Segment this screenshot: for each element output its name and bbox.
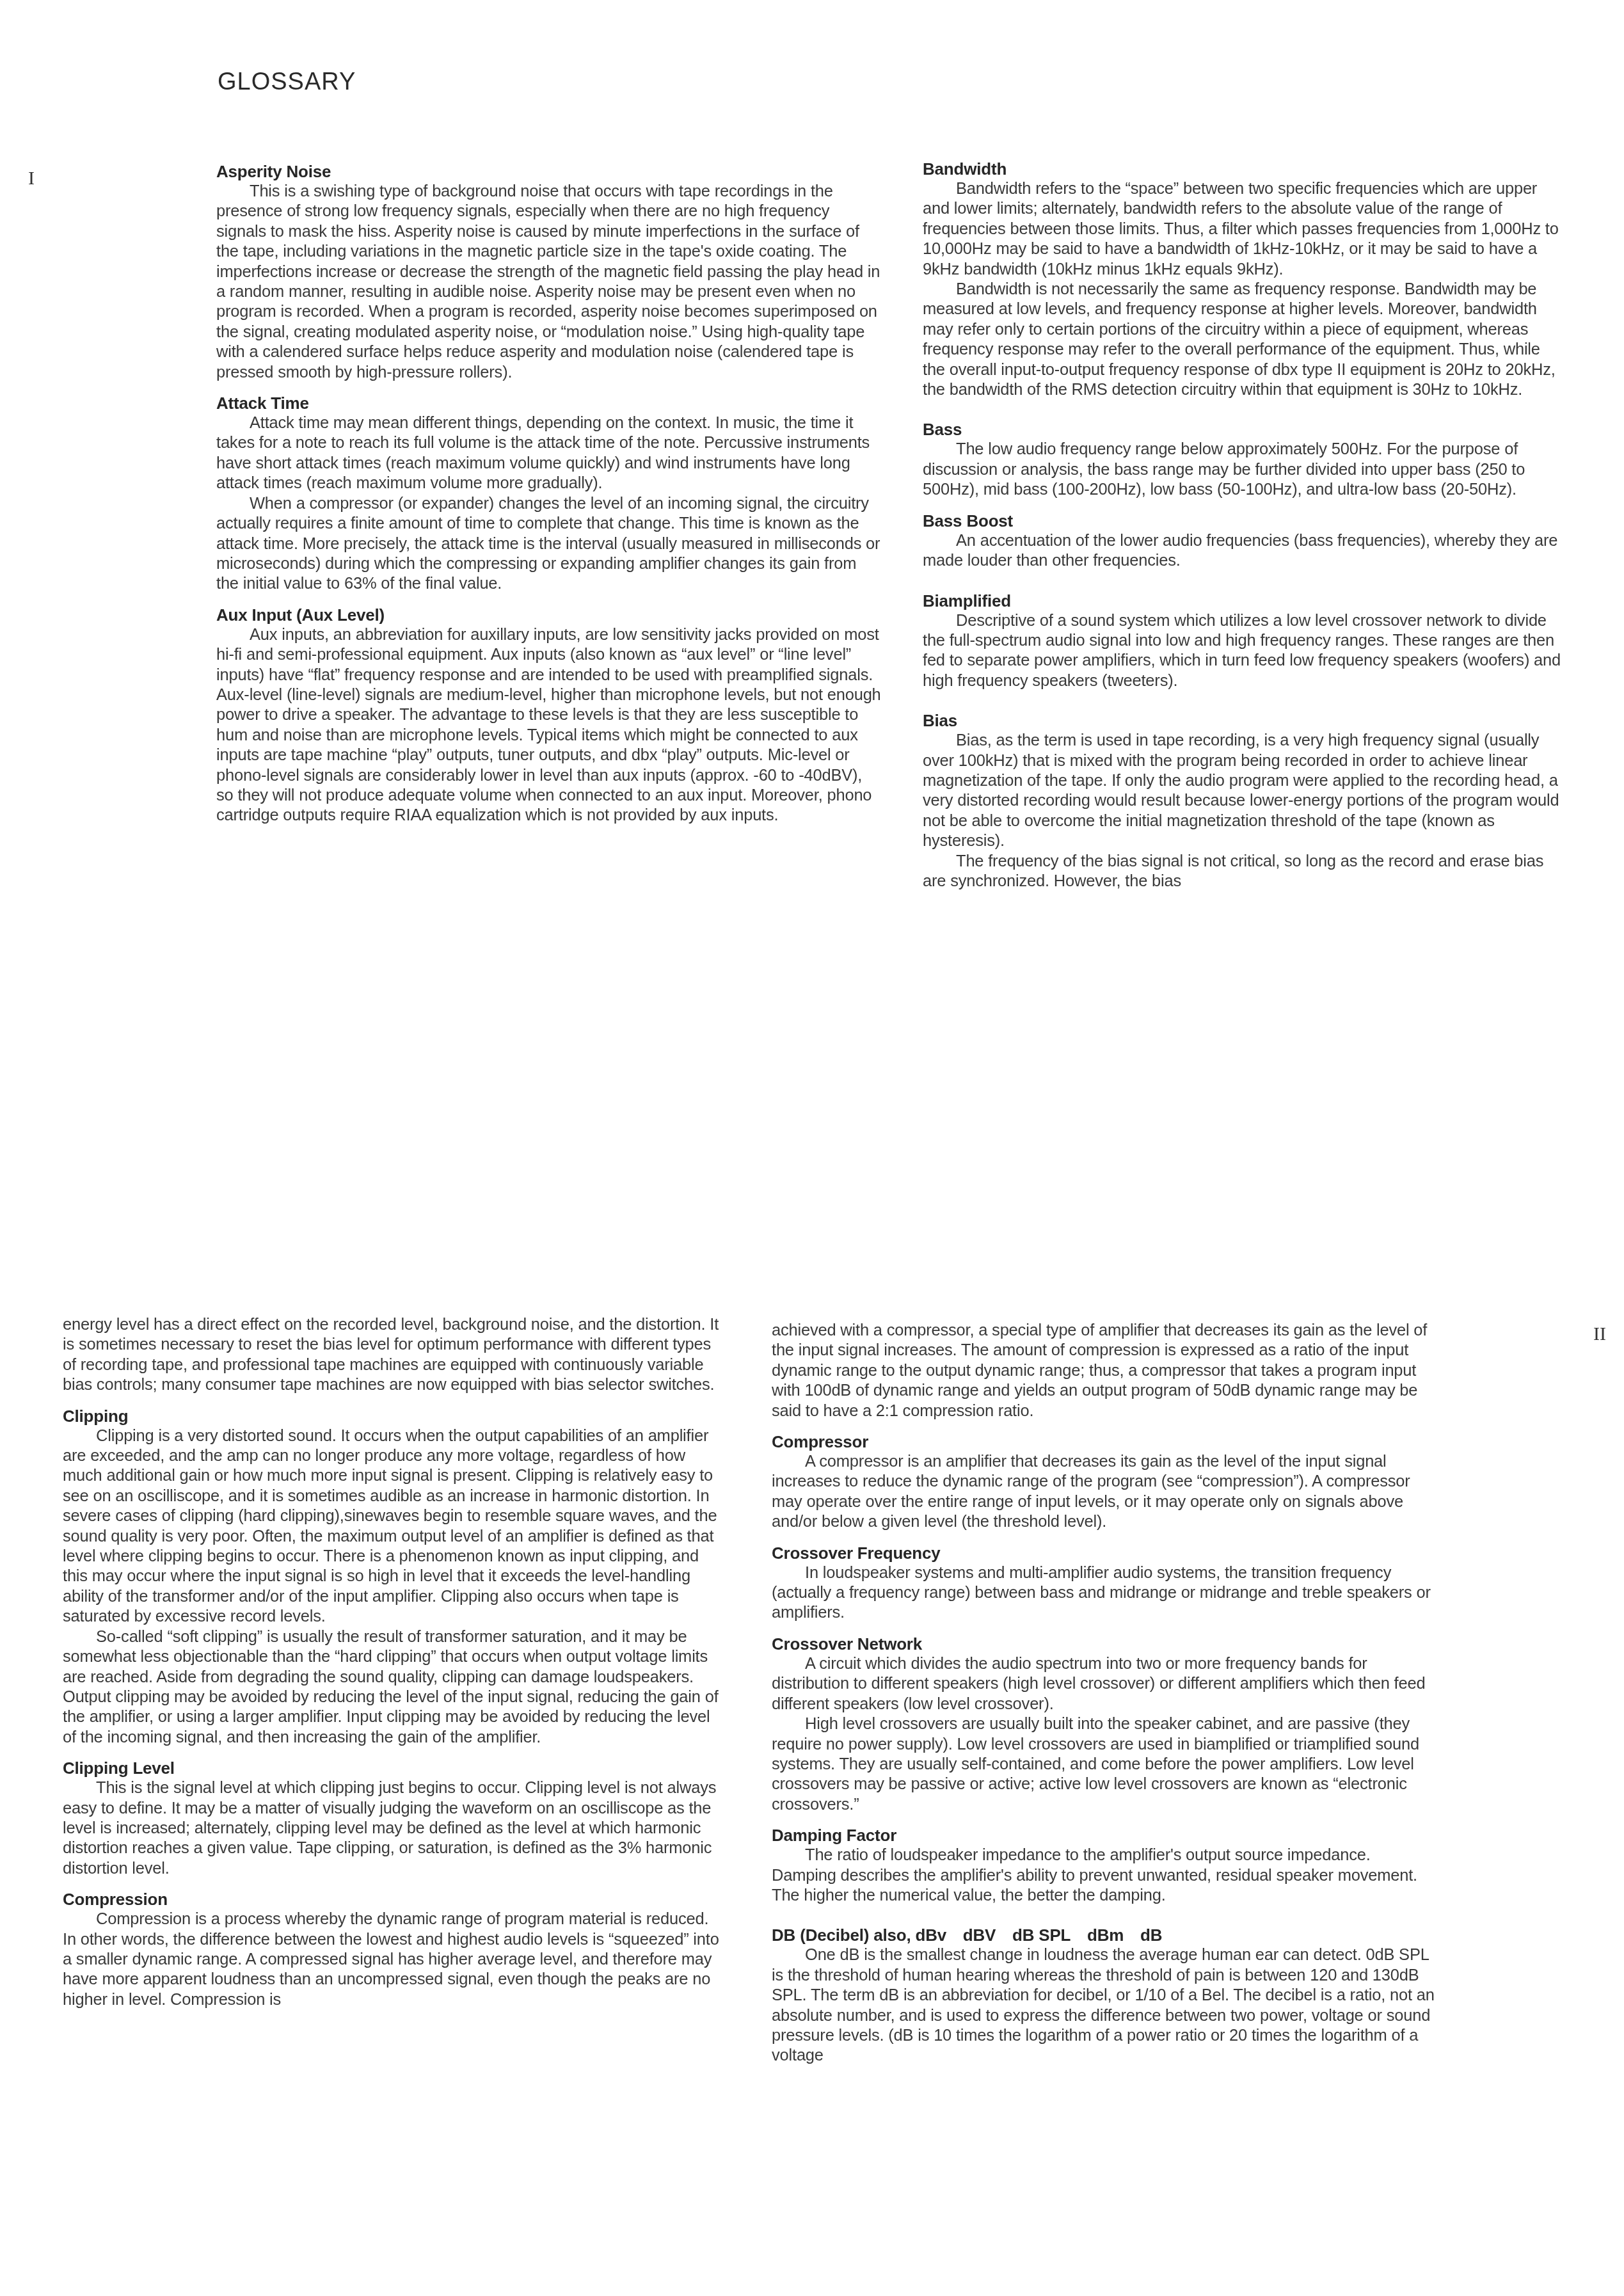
column-top-left: Asperity Noise This is a swishing type o… — [216, 161, 882, 836]
glossary-entry-attack-time: Attack Time Attack time may mean differe… — [216, 393, 882, 594]
definition-paragraph: This is the signal level at which clippi… — [63, 1778, 722, 1879]
glossary-entry-crossover-frequency: Crossover Frequency In loudspeaker syste… — [772, 1543, 1437, 1623]
glossary-entry-damping-factor: Damping Factor The ratio of loudspeaker … — [772, 1825, 1437, 1906]
glossary-entry-clipping-level: Clipping Level This is the signal level … — [63, 1758, 722, 1879]
glossary-entry-decibel: DB (Decibel) also, dBv dBV dB SPL dBm dB… — [772, 1925, 1437, 2066]
glossary-entry-bias: Bias Bias, as the term is used in tape r… — [923, 710, 1563, 891]
definition-paragraph: In loudspeaker systems and multi-amplifi… — [772, 1563, 1437, 1623]
glossary-entry-compression: Compression Compression is a process whe… — [63, 1889, 722, 2010]
term-heading: Compression — [63, 1889, 722, 1909]
glossary-entry-bias-continued: energy level has a direct effect on the … — [63, 1315, 722, 1396]
glossary-entry-bass: Bass The low audio frequency range below… — [923, 419, 1563, 500]
glossary-entry-biamplified: Biamplified Descriptive of a sound syste… — [923, 591, 1563, 692]
glossary-entry-bandwidth: Bandwidth Bandwidth refers to the “space… — [923, 159, 1563, 400]
column-bottom-left: energy level has a direct effect on the … — [63, 1315, 722, 2020]
continued-paragraph: energy level has a direct effect on the … — [63, 1315, 722, 1396]
definition-paragraph: Attack time may mean different things, d… — [216, 413, 882, 494]
definition-paragraph: A compressor is an amplifier that decrea… — [772, 1452, 1437, 1533]
term-heading: Clipping — [63, 1406, 722, 1426]
definition-paragraph: The low audio frequency range below appr… — [923, 440, 1563, 500]
definition-paragraph: Bias, as the term is used in tape record… — [923, 731, 1563, 851]
term-heading: DB (Decibel) also, dBv dBV dB SPL dBm dB — [772, 1925, 1437, 1945]
definition-paragraph: Aux inputs, an abbreviation for auxillar… — [216, 625, 882, 826]
definition-paragraph: Clipping is a very distorted sound. It o… — [63, 1426, 722, 1627]
term-heading: Biamplified — [923, 591, 1563, 611]
term-heading: Bass Boost — [923, 511, 1563, 531]
column-bottom-right: achieved with a compressor, a special ty… — [772, 1321, 1437, 2077]
definition-paragraph: An accentuation of the lower audio frequ… — [923, 531, 1563, 571]
definition-paragraph: Descriptive of a sound system which util… — [923, 611, 1563, 692]
definition-paragraph: Compression is a process whereby the dyn… — [63, 1909, 722, 2010]
definition-paragraph: One dB is the smallest change in loudnes… — [772, 1945, 1437, 2066]
glossary-entry-compression-continued: achieved with a compressor, a special ty… — [772, 1321, 1437, 1421]
term-heading: Bias — [923, 710, 1563, 731]
glossary-entry-bass-boost: Bass Boost An accentuation of the lower … — [923, 511, 1563, 571]
continued-paragraph: achieved with a compressor, a special ty… — [772, 1321, 1437, 1421]
definition-paragraph: Bandwidth refers to the “space” between … — [923, 179, 1563, 280]
glossary-entry-crossover-network: Crossover Network A circuit which divide… — [772, 1634, 1437, 1815]
definition-paragraph: So-called “soft clipping” is usually the… — [63, 1627, 722, 1748]
page-title: GLOSSARY — [218, 68, 356, 96]
definition-paragraph: The frequency of the bias signal is not … — [923, 852, 1563, 892]
definition-paragraph: When a compressor (or expander) changes … — [216, 494, 882, 594]
term-heading: Crossover Network — [772, 1634, 1437, 1654]
definition-paragraph: Bandwidth is not necessarily the same as… — [923, 280, 1563, 400]
term-heading: Damping Factor — [772, 1825, 1437, 1846]
term-heading: Bass — [923, 419, 1563, 440]
definition-paragraph: A circuit which divides the audio spectr… — [772, 1654, 1437, 1714]
definition-paragraph: The ratio of loudspeaker impedance to th… — [772, 1846, 1437, 1906]
term-heading: Crossover Frequency — [772, 1543, 1437, 1563]
glossary-entry-asperity-noise: Asperity Noise This is a swishing type o… — [216, 161, 882, 383]
term-heading: Compressor — [772, 1431, 1437, 1452]
definition-paragraph: This is a swishing type of background no… — [216, 182, 882, 383]
page-marker-left: I — [28, 168, 35, 189]
page-marker-right: II — [1593, 1323, 1606, 1345]
term-heading: Clipping Level — [63, 1758, 722, 1778]
column-top-right: Bandwidth Bandwidth refers to the “space… — [923, 159, 1563, 902]
term-heading: Attack Time — [216, 393, 882, 413]
glossary-entry-clipping: Clipping Clipping is a very distorted so… — [63, 1406, 722, 1748]
glossary-entry-aux-input: Aux Input (Aux Level) Aux inputs, an abb… — [216, 605, 882, 826]
glossary-entry-compressor: Compressor A compressor is an amplifier … — [772, 1431, 1437, 1533]
term-heading: Aux Input (Aux Level) — [216, 605, 882, 625]
term-heading: Asperity Noise — [216, 161, 882, 182]
term-heading: Bandwidth — [923, 159, 1563, 179]
definition-paragraph: High level crossovers are usually built … — [772, 1714, 1437, 1815]
